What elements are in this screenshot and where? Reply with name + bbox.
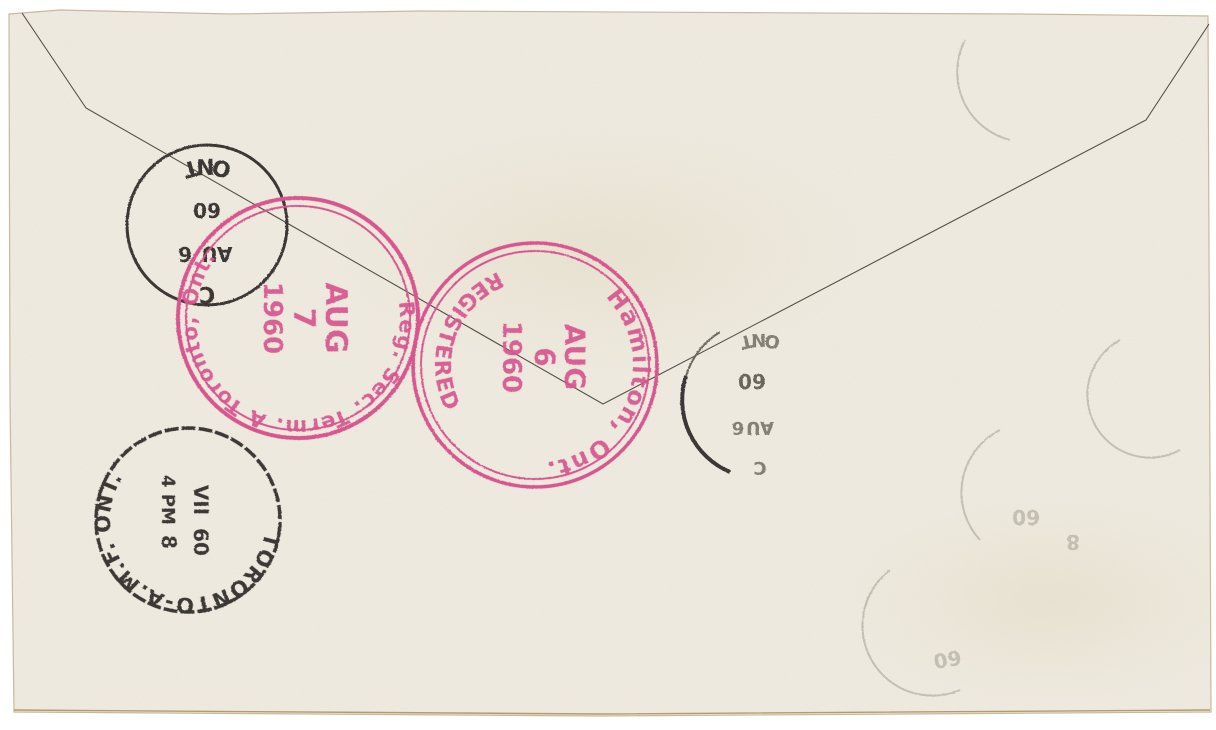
svg-text:8: 8 [1066, 530, 1080, 554]
svg-text:AU: AU [746, 417, 774, 438]
svg-text:60: 60 [738, 369, 766, 393]
svg-text:ONT: ONT [737, 329, 782, 353]
svg-text:C: C [753, 457, 766, 478]
svg-text:6: 6 [528, 347, 561, 366]
svg-text:1960: 1960 [257, 282, 287, 354]
envelope-photo: 60 60 8 C ONT AU 6 60 Reg. Sec. Term. A … [0, 0, 1216, 730]
svg-text:60: 60 [193, 198, 221, 222]
svg-text:1960: 1960 [496, 321, 526, 393]
svg-text:4 PM: 4 PM [157, 475, 178, 525]
svg-text:AUG: AUG [318, 282, 353, 353]
svg-text:AUG: AUG [558, 324, 591, 391]
svg-text:8: 8 [157, 535, 181, 549]
svg-text:VII: VII [189, 485, 213, 515]
svg-text:60: 60 [932, 645, 964, 673]
svg-text:60: 60 [1012, 505, 1040, 529]
svg-text:ONT: ONT [180, 153, 234, 182]
svg-text:7: 7 [286, 308, 321, 329]
svg-text:60: 60 [189, 528, 213, 556]
svg-text:6: 6 [732, 417, 745, 438]
